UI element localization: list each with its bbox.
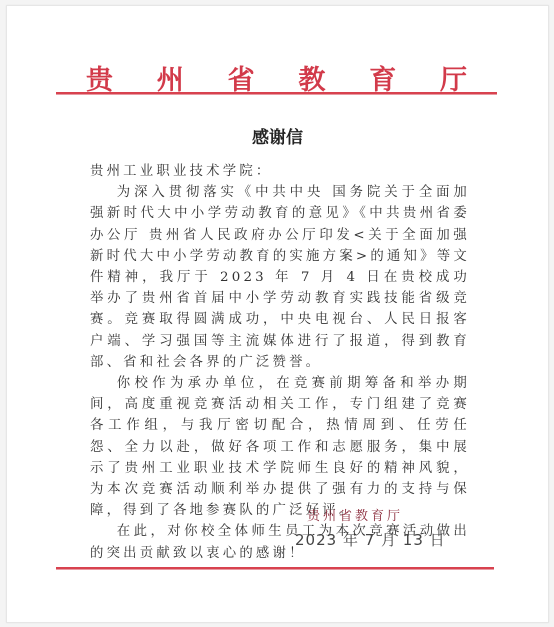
signature: 贵州省教育厅 [307,505,403,524]
paragraph: 你校作为承办单位，在竞赛前期筹备和举办期间，高度重视竞赛活动相关工作，专门组建了… [90,373,470,521]
letter-body: 贵州工业职业技术学院： 为深入贯彻落实《中共中央 国务院关于全面加强新时代大中小… [90,161,470,564]
salutation: 贵州工业职业技术学院： [90,161,470,182]
paragraph: 为深入贯彻落实《中共中央 国务院关于全面加强新时代大中小学劳动教育的意见》《中共… [90,182,470,373]
footer-red-rule [56,567,494,570]
letter-title: 感谢信 [7,123,548,148]
letter-date: 2023 年 7 月 13 日 [295,529,446,550]
header-red-rule [56,92,497,95]
letter-page: 贵 州 省 教 育 厅 感谢信 贵州工业职业技术学院： 为深入贯彻落实《中共中央… [6,5,549,623]
